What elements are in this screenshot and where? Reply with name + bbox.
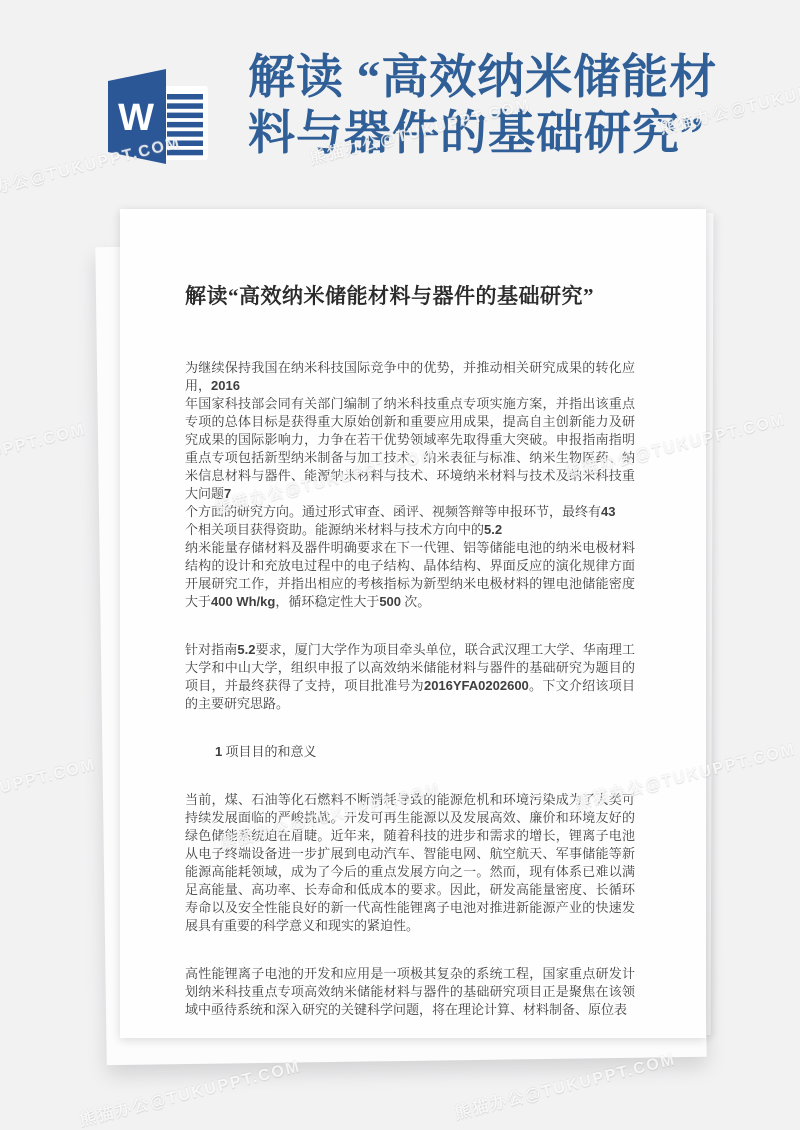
ms-word-icon: W <box>106 64 210 164</box>
page-title-line-1: 解读 “高效纳米储能材 <box>248 50 717 106</box>
paragraph: 当前，煤、石油等化石燃料不断消耗导致的能源危机和环境污染成为了人类可持续发展面临… <box>185 791 635 935</box>
document-page: 解读“高效纳米储能材料与器件的基础研究” 为继续保持我国在纳米科技国际竞争中的优… <box>120 209 706 1038</box>
svg-text:W: W <box>118 97 154 139</box>
paragraph: 针对指南5.2要求，厦门大学作为项目牵头单位，联合武汉理工大学、华南理工大学和中… <box>185 641 635 713</box>
watermark: 熊猫办公@TUKUPPT.COM <box>0 751 98 828</box>
document-preview-stage: W 解读 “高效纳米储能材 料与器件的基础研究” 解读“高效纳米储能材料与器件的… <box>0 0 800 1130</box>
document-body: 为继续保持我国在纳米科技国际竞争中的优势，并推动相关研究成果的转化应用，2016… <box>185 359 635 1019</box>
watermark: 熊猫办公@TUKUPPT.COM <box>0 416 88 493</box>
page-title: 解读 “高效纳米储能材 料与器件的基础研究” <box>248 50 717 162</box>
paragraph: 为继续保持我国在纳米科技国际竞争中的优势，并推动相关研究成果的转化应用，2016… <box>185 359 635 611</box>
paragraph: 高性能锂离子电池的开发和应用是一项极其复杂的系统工程，国家重点研发计划纳米科技重… <box>185 965 635 1019</box>
section-heading: 1 项目目的和意义 <box>185 743 635 761</box>
document-title: 解读“高效纳米储能材料与器件的基础研究” <box>185 283 635 309</box>
page-title-line-2: 料与器件的基础研究” <box>248 106 717 162</box>
